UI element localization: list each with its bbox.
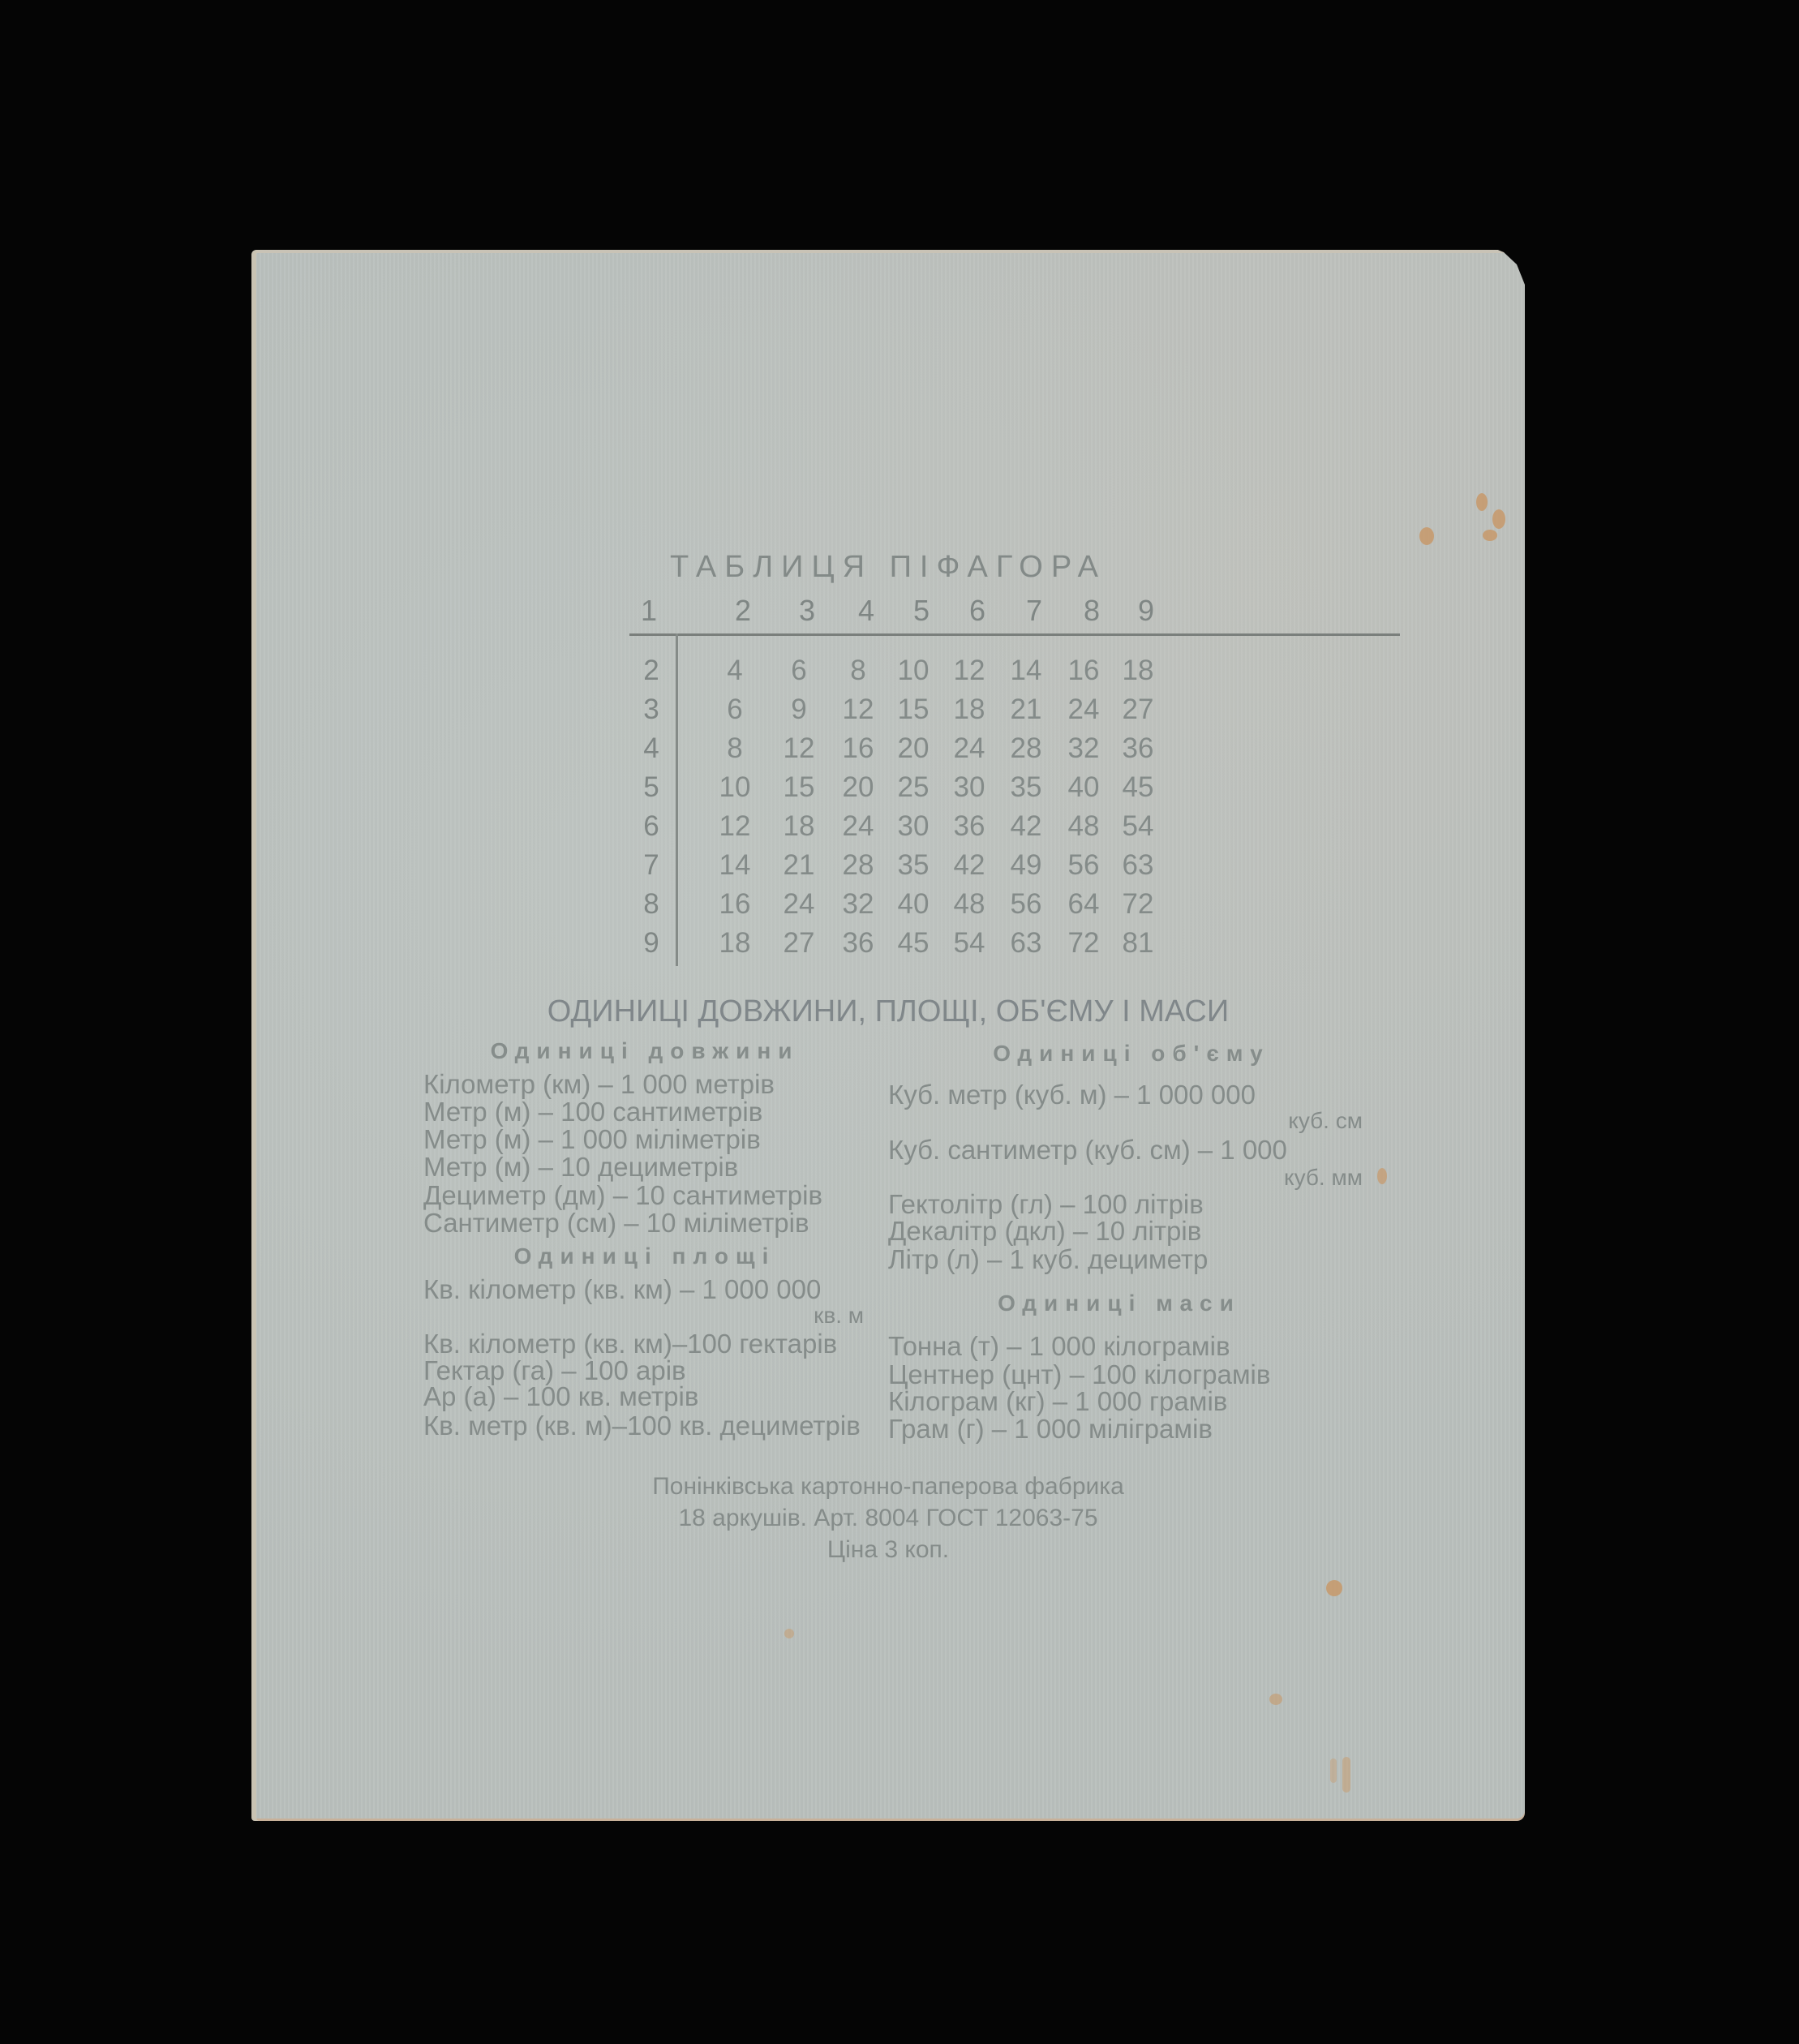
table-cell: 8 [711, 732, 759, 765]
pythagoras-table-title: ТАБЛИЦЯ ПІФАГОРА [251, 550, 1525, 585]
table-cell: 18 [1114, 655, 1162, 687]
table-cell: 48 [1059, 810, 1108, 843]
volume-line: Літр (л) – 1 куб. дециметр [888, 1244, 1208, 1275]
table-cell: 42 [945, 849, 994, 882]
mass-line: Грам (г) – 1 000 міліграмів [888, 1414, 1213, 1445]
volume-line-continuation: куб. см [1184, 1108, 1363, 1134]
area-units-heading: Одиниці площі [414, 1243, 876, 1269]
table-cell: 12 [775, 732, 823, 765]
table-cell: 72 [1059, 927, 1108, 960]
header-cell: 8 [1076, 594, 1108, 628]
table-cell: 12 [834, 693, 882, 726]
header-cell: 9 [1130, 594, 1162, 628]
table-cell: 45 [889, 927, 938, 960]
table-cell: 14 [1002, 655, 1050, 687]
row-label: 5 [635, 771, 668, 804]
table-cell: 8 [834, 655, 882, 687]
stain [1476, 493, 1488, 511]
table-cell: 45 [1114, 771, 1162, 804]
length-line: Метр (м) – 10 дециметрів [423, 1152, 738, 1183]
length-units-heading: Одиниці довжини [414, 1038, 876, 1064]
table-cell: 56 [1059, 849, 1108, 882]
table-cell: 21 [1002, 693, 1050, 726]
row-label: 8 [635, 888, 668, 921]
table-cell: 27 [775, 927, 823, 960]
table-cell: 9 [775, 693, 823, 726]
stain [1492, 509, 1505, 529]
table-cell: 48 [945, 888, 994, 921]
table-cell: 18 [945, 693, 994, 726]
header-cell: 2 [727, 594, 759, 628]
area-line-continuation: кв. м [689, 1303, 864, 1329]
table-cell: 4 [711, 655, 759, 687]
table-cell: 35 [1002, 771, 1050, 804]
table-cell: 42 [1002, 810, 1050, 843]
header-cell: 6 [961, 594, 994, 628]
table-cell: 21 [775, 849, 823, 882]
imprint-details: 18 аркушів. Арт. 8004 ГОСТ 12063-75 [251, 1505, 1525, 1532]
length-line: Метр (м) – 1 000 міліметрів [423, 1124, 761, 1155]
stain [1269, 1694, 1282, 1705]
header-cell: 3 [791, 594, 823, 628]
table-cell: 81 [1114, 927, 1162, 960]
table-cell: 28 [1002, 732, 1050, 765]
table-cell: 24 [945, 732, 994, 765]
table-cell: 16 [711, 888, 759, 921]
table-cell: 25 [889, 771, 938, 804]
table-cell: 24 [834, 810, 882, 843]
imprint-manufacturer: Понінківська картонно-паперова фабрика [251, 1473, 1525, 1501]
row-label: 7 [635, 849, 668, 882]
table-cell: 27 [1114, 693, 1162, 726]
length-line: Сантиметр (см) – 10 міліметрів [423, 1208, 809, 1239]
row-label: 2 [635, 655, 668, 687]
table-cell: 64 [1059, 888, 1108, 921]
table-cell: 20 [834, 771, 882, 804]
header-cell: 5 [905, 594, 938, 628]
row-label: 9 [635, 927, 668, 960]
length-line: Кілометр (км) – 1 000 метрів [423, 1069, 775, 1100]
table-cell: 6 [775, 655, 823, 687]
volume-line: Декалітр (дкл) – 10 літрів [888, 1216, 1201, 1247]
table-cell: 10 [889, 655, 938, 687]
table-cell: 36 [1114, 732, 1162, 765]
volume-line: Куб. сантиметр (куб. см) – 1 000 [888, 1135, 1287, 1166]
table-cell: 36 [945, 810, 994, 843]
table-cell: 63 [1002, 927, 1050, 960]
table-cell: 63 [1114, 849, 1162, 882]
table-cell: 32 [1059, 732, 1108, 765]
imprint-price: Ціна 3 коп. [251, 1536, 1525, 1564]
mass-units-heading: Одиниці маси [892, 1290, 1346, 1316]
table-cell: 36 [834, 927, 882, 960]
table-cell: 15 [889, 693, 938, 726]
stain [1377, 1168, 1387, 1184]
header-cell: 7 [1018, 594, 1050, 628]
table-cell: 35 [889, 849, 938, 882]
units-section-title: ОДИНИЦІ ДОВЖИНИ, ПЛОЩІ, ОБ'ЄМУ І МАСИ [251, 994, 1525, 1029]
row-label: 6 [635, 810, 668, 843]
table-cell: 28 [834, 849, 882, 882]
table-cell: 6 [711, 693, 759, 726]
stain [1419, 527, 1434, 545]
table-cell: 16 [1059, 655, 1108, 687]
notebook-back-cover: ТАБЛИЦЯ ПІФАГОРА 1 2 3 4 5 6 7 8 9 24681… [251, 250, 1525, 1821]
header-cell: 1 [633, 594, 665, 628]
volume-units-heading: Одиниці об'єму [892, 1041, 1371, 1067]
row-label: 4 [635, 732, 668, 765]
table-cell: 30 [945, 771, 994, 804]
table-cell: 54 [1114, 810, 1162, 843]
header-cell: 4 [850, 594, 882, 628]
table-cell: 24 [1059, 693, 1108, 726]
table-cell: 56 [1002, 888, 1050, 921]
area-line: Ар (а) – 100 кв. метрів [423, 1381, 698, 1412]
table-cell: 10 [711, 771, 759, 804]
stain [1330, 1758, 1337, 1783]
length-line: Дециметр (дм) – 10 сантиметрів [423, 1180, 822, 1211]
length-line: Метр (м) – 100 сантиметрів [423, 1097, 762, 1127]
stain [784, 1629, 794, 1638]
row-label: 3 [635, 693, 668, 726]
table-vertical-rule [676, 633, 678, 966]
area-line: Кв. метр (кв. м)–100 кв. дециметрів [423, 1411, 861, 1441]
table-cell: 54 [945, 927, 994, 960]
table-cell: 20 [889, 732, 938, 765]
torn-corner [1494, 248, 1526, 289]
table-cell: 12 [945, 655, 994, 687]
table-cell: 49 [1002, 849, 1050, 882]
area-line: Кв. кілометр (кв. км) – 1 000 000 [423, 1274, 821, 1305]
stain [1342, 1757, 1350, 1793]
table-cell: 32 [834, 888, 882, 921]
volume-line: Куб. метр (куб. м) – 1 000 000 [888, 1080, 1256, 1110]
table-cell: 30 [889, 810, 938, 843]
table-horizontal-rule [629, 633, 1400, 636]
volume-line-continuation: куб. мм [1184, 1165, 1363, 1191]
table-cell: 40 [1059, 771, 1108, 804]
table-cell: 18 [711, 927, 759, 960]
table-cell: 16 [834, 732, 882, 765]
table-cell: 24 [775, 888, 823, 921]
table-cell: 72 [1114, 888, 1162, 921]
table-cell: 40 [889, 888, 938, 921]
mass-line: Кілограм (кг) – 1 000 грамів [888, 1386, 1227, 1417]
stain [1326, 1580, 1342, 1596]
table-cell: 18 [775, 810, 823, 843]
table-cell: 15 [775, 771, 823, 804]
mass-line: Тонна (т) – 1 000 кілограмів [888, 1331, 1230, 1362]
table-cell: 14 [711, 849, 759, 882]
stain [1483, 530, 1497, 541]
table-cell: 12 [711, 810, 759, 843]
